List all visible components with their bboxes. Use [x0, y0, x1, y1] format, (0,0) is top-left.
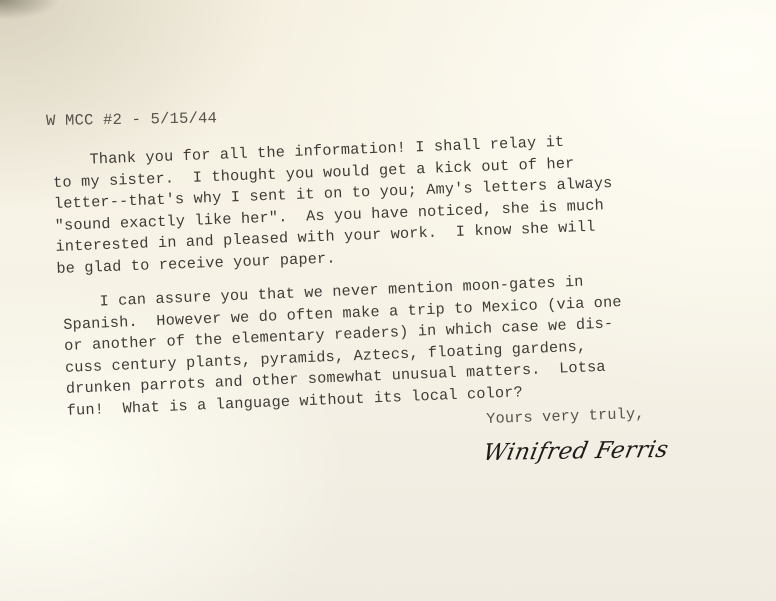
- closing-salutation: Yours very truly,: [486, 405, 645, 428]
- handwritten-signature: Winifred Ferris: [481, 437, 671, 466]
- scan-shadow: [0, 0, 60, 20]
- paragraph-1: Thank you for all the information! I sha…: [52, 130, 615, 280]
- paragraph-2: I can assure you that we never mention m…: [62, 270, 626, 422]
- letter-page: W MCC #2 - 5/15/44 Thank you for all the…: [0, 0, 776, 601]
- letter-reference-header: W MCC #2 - 5/15/44: [46, 109, 217, 130]
